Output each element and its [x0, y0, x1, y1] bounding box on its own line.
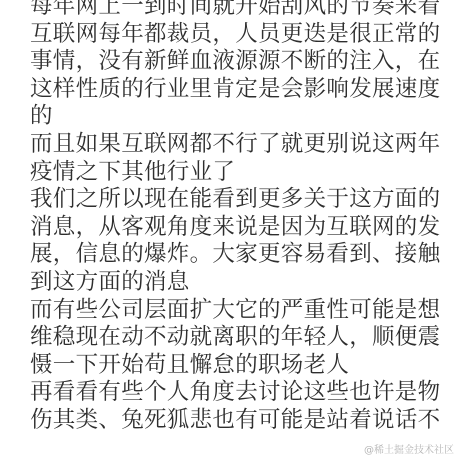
text-line: 到这方面的消息: [30, 269, 415, 297]
text-line: 消息，从客观角度来说是因为互联网的发: [30, 214, 415, 242]
text-line: 这样性质的行业里肯定是会影响发展速度: [30, 76, 415, 104]
article-screenshot: 每年网上一到时间就开始刮风的节奏来看 互联网每年都裁员，人员更迭是很正常的 事情…: [0, 0, 460, 460]
article-body: 每年网上一到时间就开始刮风的节奏来看 互联网每年都裁员，人员更迭是很正常的 事情…: [30, 0, 415, 435]
text-line: 我们之所以现在能看到更多关于这方面的: [30, 186, 415, 214]
text-line: 再看看有些个人角度去讨论这些也许是物: [30, 379, 415, 407]
text-line: 展，信息的爆炸。大家更容易看到、接触: [30, 241, 415, 269]
watermark: @稀土掘金技术社区: [364, 441, 454, 456]
text-line: 的: [30, 103, 415, 131]
text-line: 疫情之下其他行业了: [30, 159, 415, 187]
text-line: 而且如果互联网都不行了就更别说这两年: [30, 131, 415, 159]
text-line: 慑一下开始苟且懈怠的职场老人: [30, 352, 415, 380]
text-line: 互联网每年都裁员，人员更迭是很正常的: [30, 21, 415, 49]
text-line: 每年网上一到时间就开始刮风的节奏来看: [30, 0, 415, 21]
text-line: 维稳现在动不动就离职的年轻人，顺便震: [30, 324, 415, 352]
text-line: 事情，没有新鲜血液源源不断的注入，在: [30, 48, 415, 76]
text-line: 而有些公司层面扩大它的严重性可能是想: [30, 297, 415, 325]
text-line: 伤其类、兔死狐悲也有可能是站着说话不: [30, 407, 415, 435]
